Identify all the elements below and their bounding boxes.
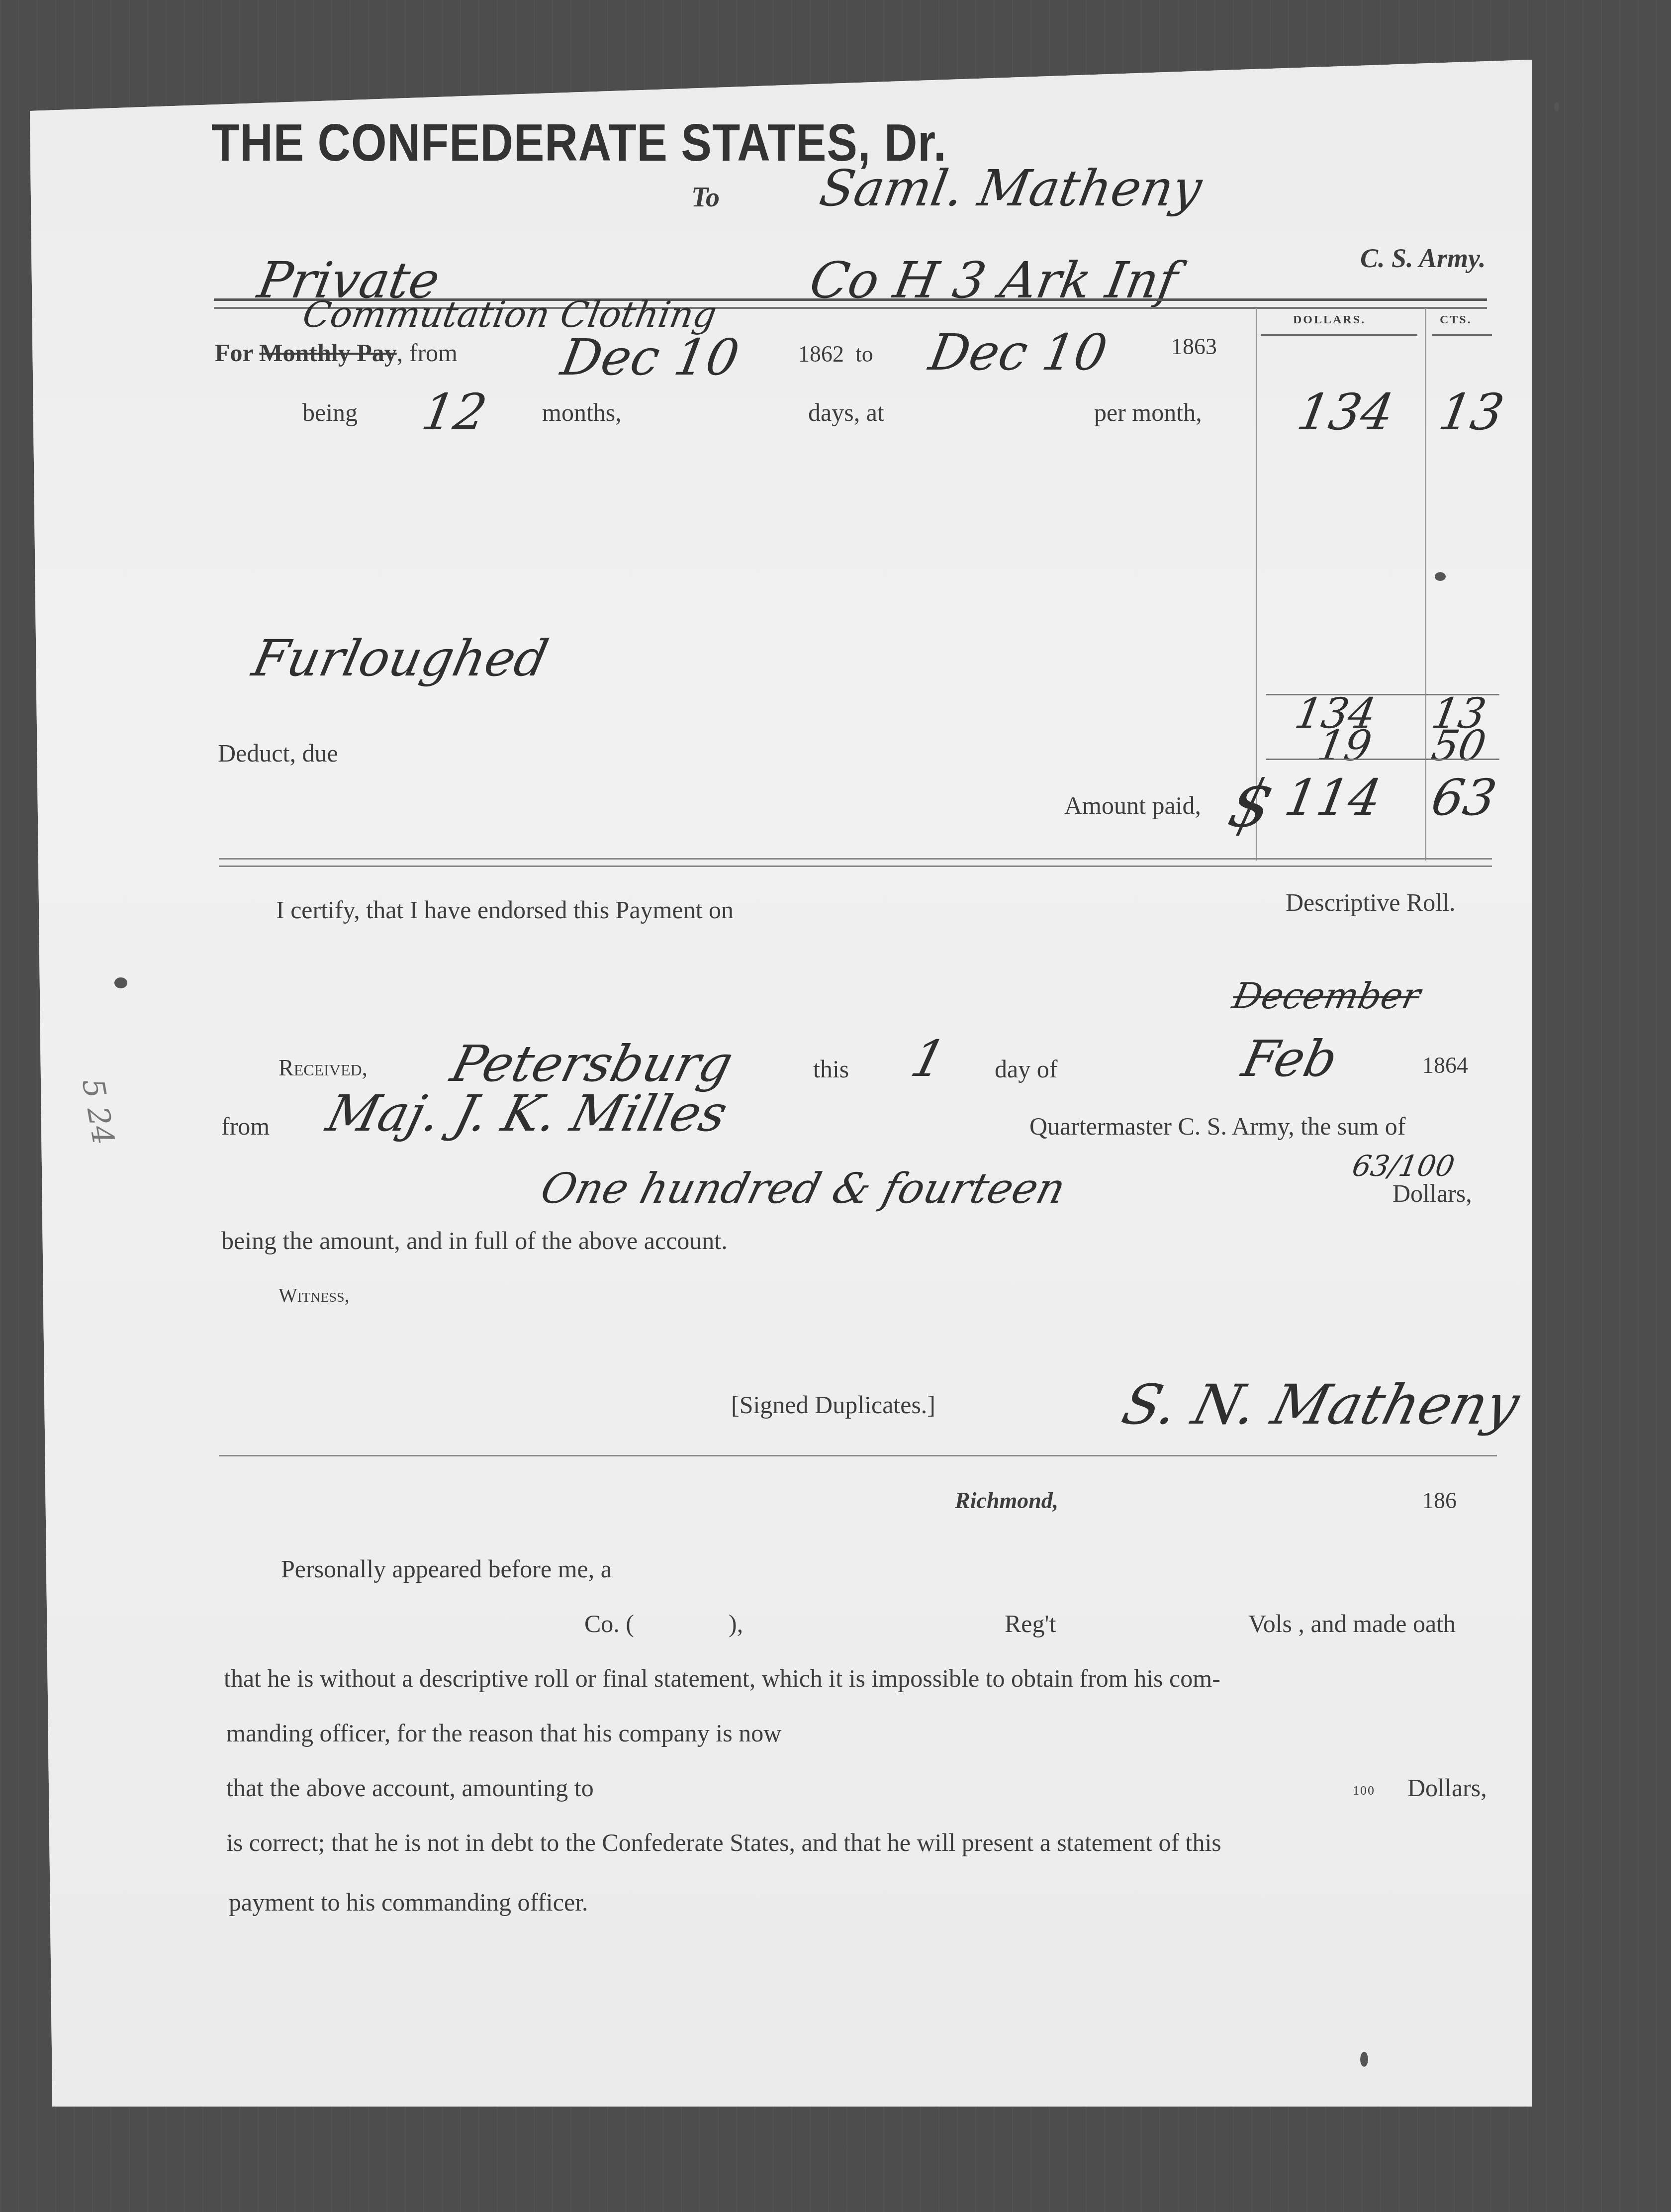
for-label: For [215, 339, 253, 367]
from-label: from [221, 1112, 270, 1141]
months-label: months, [542, 398, 622, 427]
co-close: ), [729, 1609, 743, 1638]
day-of-label: day of [995, 1055, 1057, 1083]
received-label: Received, [278, 1055, 368, 1081]
ink-blot [114, 977, 127, 988]
amount-paid-cents: 63 [1427, 769, 1501, 827]
cents-header-rule [1432, 334, 1492, 336]
sum-cents-fraction: 63/100 [1350, 1149, 1457, 1183]
dollars-cents-divider [1425, 308, 1426, 861]
deduct-label: Deduct, due [218, 739, 338, 768]
oath-line-3: that he is without a descriptive roll or… [224, 1664, 1507, 1693]
oath-fraction-denominator: 100 [1353, 1783, 1375, 1798]
dollars-header-rule [1261, 334, 1417, 336]
ledger-subtotal-rule [1266, 759, 1499, 760]
regt-label: Reg't [1005, 1609, 1056, 1638]
line-amount-dollars: 134 [1293, 383, 1398, 441]
this-label: this [813, 1055, 849, 1083]
army-label: C. S. Army. [1360, 243, 1486, 274]
amount-paid-dollars: 114 [1281, 769, 1386, 827]
payee-signature: S. N. Matheny [1116, 1373, 1526, 1437]
oath-line-5-right: Dollars, [1407, 1773, 1487, 1802]
dollars-header: DOLLARS. [1293, 313, 1366, 327]
signed-duplicates-label: [Signed Duplicates.] [731, 1390, 935, 1419]
oath-place: Richmond, [955, 1487, 1058, 1514]
year-to: 1863 [1171, 333, 1217, 360]
per-month-label: per month, [1094, 398, 1202, 427]
descriptive-roll-text: Descriptive Roll. [1286, 888, 1456, 917]
oath-year-prefix: 186 [1422, 1487, 1457, 1514]
ink-blot [1360, 2052, 1368, 2067]
being-label: being [302, 398, 358, 427]
full-account-text: being the amount, and in full of the abo… [221, 1226, 728, 1255]
amount-paid-label: Amount paid, [1064, 791, 1201, 820]
oath-line-4: manding officer, for the reason that his… [226, 1719, 781, 1747]
vols-text: Vols , and made oath [1248, 1609, 1456, 1638]
ink-blot [1435, 572, 1446, 581]
to-label: To [691, 182, 720, 213]
witness-label: Witness, [278, 1283, 350, 1307]
months-value: 12 [418, 383, 491, 441]
receipt-month: Feb [1237, 1030, 1343, 1088]
date-to: Dec 10 [925, 323, 1112, 382]
date-from: Dec 10 [557, 328, 743, 386]
remark-furloughed: Furloughed [248, 629, 554, 687]
receipt-month-struck: December [1229, 975, 1424, 1017]
receipt-bottom-rule [219, 1455, 1497, 1456]
payee-name: Saml. Matheny [816, 159, 1207, 217]
year-from: 1862 [798, 341, 844, 367]
line-amount-cents: 13 [1435, 383, 1508, 441]
oath-line-7: payment to his commanding officer. [229, 1888, 588, 1917]
ledger-bottom-rule [219, 858, 1492, 867]
certify-text: I certify, that I have endorsed this Pay… [276, 895, 734, 924]
from-label: , from [397, 339, 458, 367]
sum-in-words: One hundred & fourteen [536, 1164, 1071, 1213]
co-label: Co. ( [584, 1609, 634, 1638]
cents-header: CTS. [1440, 313, 1472, 327]
days-label: days, at [808, 398, 884, 427]
oath-line-5-left: that the above account, amounting to [226, 1773, 594, 1802]
sum-dollars-label: Dollars, [1392, 1179, 1472, 1208]
oath-line-1: Personally appeared before me, a [281, 1554, 612, 1583]
oath-line-6: is correct; that he is not in debt to th… [226, 1828, 1221, 1857]
receipt-year: 1864 [1422, 1052, 1468, 1078]
quartermaster-text: Quartermaster C. S. Army, the sum of [1029, 1112, 1405, 1141]
ledger-row-2-cents: 50 [1428, 721, 1489, 770]
monthly-pay-struck: Monthly Pay [259, 339, 396, 367]
ledger-row-2-dollars: 19 [1313, 721, 1375, 770]
ink-blot [1554, 102, 1559, 112]
to-word: to [855, 341, 873, 367]
paying-officer-name: Maj. J. K. Milles [321, 1084, 733, 1143]
